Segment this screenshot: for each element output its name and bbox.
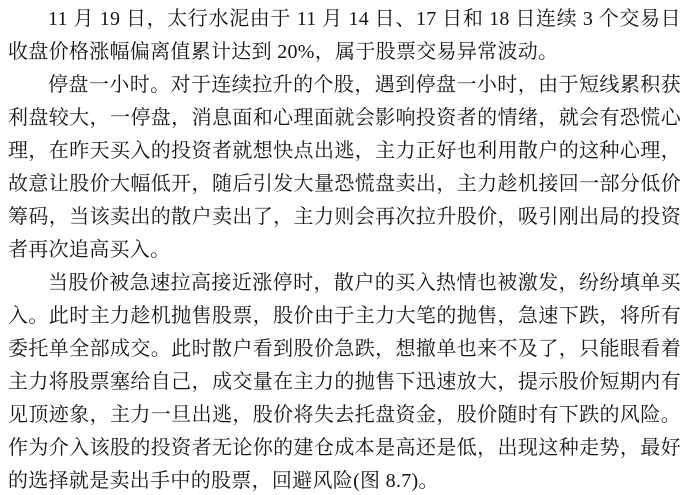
book-page: 11 月 19 日，太行水泥由于 11 月 14 日、17 日和 18 日连续 … xyxy=(0,0,689,495)
paragraph-selloff-warning: 当股价被急速拉高接近涨停时，散户的买入热情也被激发，纷纷填单买入。此时主力趁机抛… xyxy=(8,267,681,495)
paragraph-halt-psychology: 停盘一小时。对于连续拉升的个股，遇到停盘一小时，由于短线累积获利盘较大，一停盘，… xyxy=(8,69,681,267)
paragraph-trading-alert: 11 月 19 日，太行水泥由于 11 月 14 日、17 日和 18 日连续 … xyxy=(8,3,681,69)
